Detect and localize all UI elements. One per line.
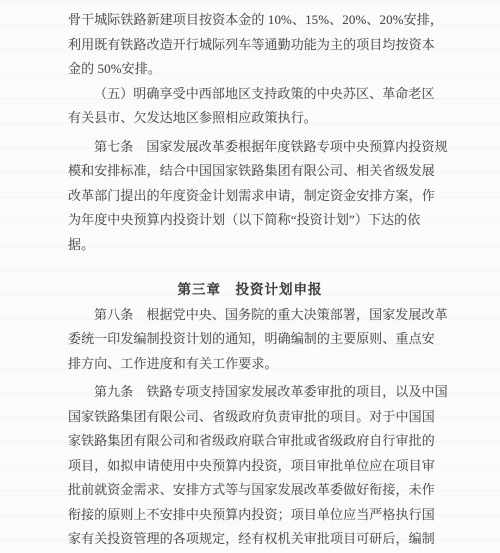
document-line: 利用既有铁路改造开行城际列车等通勤功能为主的项目均按资本 bbox=[68, 33, 432, 58]
document-line: 第九条 铁路专项支持国家发展改革委审批的项目，以及中国 bbox=[68, 380, 432, 405]
document-line: 改革部门提出的年度资金计划需求申请，制定资金安排方案，作 bbox=[68, 184, 432, 209]
document-line: 家有关投资管理的各项规定，经有权机关审批项目可研后，编制 bbox=[68, 527, 432, 552]
document-line: 排方向、工作进度和有关工作要求。 bbox=[68, 352, 432, 377]
document-line: 为年度中央预算内投资计划（以下简称“投资计划”）下达的依 bbox=[68, 208, 432, 233]
document-line: 有关县市、欠发达地区参照相应政策执行。 bbox=[68, 106, 432, 131]
document-page: 骨干城际铁路新建项目按资本金的 10%、15%、20%、20%安排，利用既有铁路… bbox=[0, 0, 500, 553]
document-line: 家铁路集团有限公司和省级政府联合审批或省级政府自行审批的 bbox=[68, 429, 432, 454]
document-line: 骨干城际铁路新建项目按资本金的 10%、15%、20%、20%安排， bbox=[68, 8, 432, 33]
chapter-heading: 第三章 投资计划申报 bbox=[68, 278, 432, 303]
document-line: 第八条 根据党中央、国务院的重大决策部署，国家发展改革 bbox=[68, 303, 432, 328]
document-line: 项目，如拟申请使用中央预算内投资，项目审批单位应在项目审 bbox=[68, 454, 432, 479]
document-line: 模和安排标准，结合中国国家铁路集团有限公司、相关省级发展 bbox=[68, 159, 432, 184]
document-text-block: 骨干城际铁路新建项目按资本金的 10%、15%、20%、20%安排，利用既有铁路… bbox=[68, 8, 432, 552]
document-line: 委统一印发编制投资计划的通知，明确编制的主要原则、重点安 bbox=[68, 327, 432, 352]
document-line: 据。 bbox=[68, 233, 432, 258]
document-line: 衔接的原则上不安排中央预算内投资；项目单位应当严格执行国 bbox=[68, 503, 432, 528]
document-line: 金的 50%安排。 bbox=[68, 57, 432, 82]
document-line: 批前就资金需求、安排方式等与国家发展改革委做好衔接，未作 bbox=[68, 478, 432, 503]
document-line: （五）明确享受中西部地区支持政策的中央苏区、革命老区 bbox=[68, 82, 432, 107]
document-line: 第七条 国家发展改革委根据年度铁路专项中央预算内投资规 bbox=[68, 135, 432, 160]
document-line: 国家铁路集团有限公司、省级政府负责审批的项目。对于中国国 bbox=[68, 405, 432, 430]
